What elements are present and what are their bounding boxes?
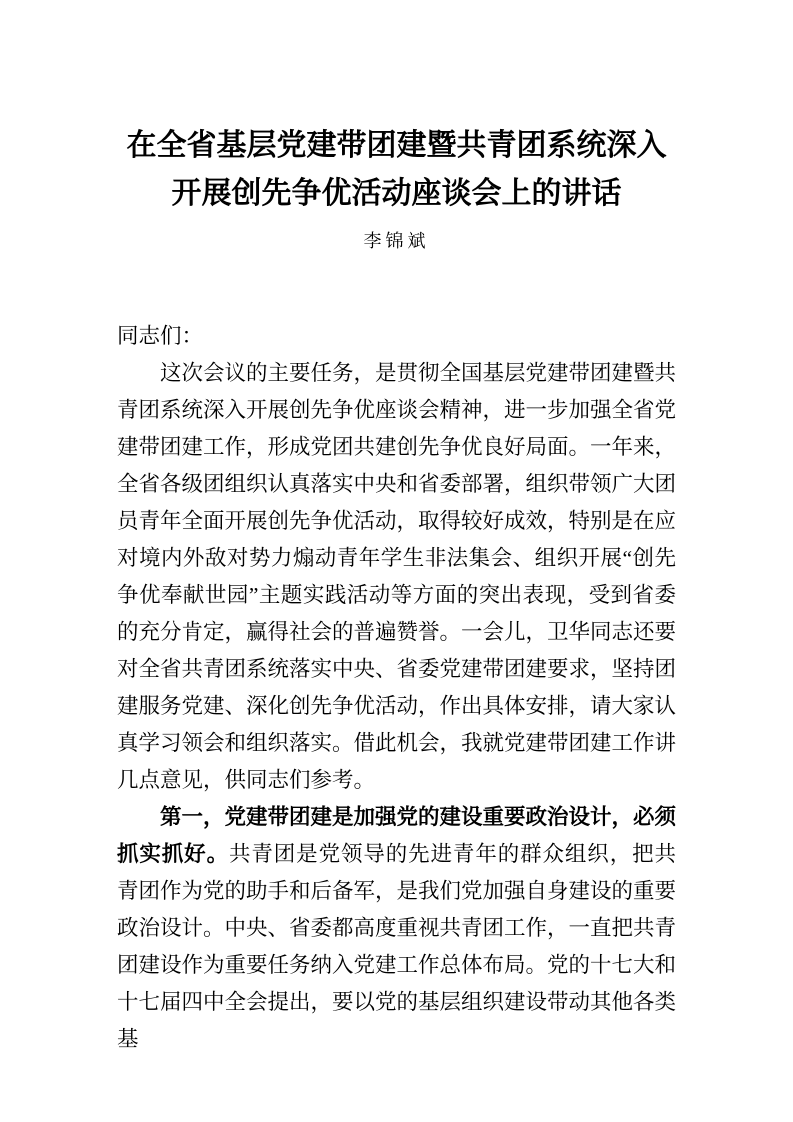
author-name: 李锦斌 bbox=[117, 226, 676, 256]
salutation: 同志们： bbox=[117, 318, 676, 355]
body-paragraph: 第一，党建带团建是加强党的建设重要政治设计，必须抓实抓好。共青团是党领导的先进青… bbox=[117, 799, 676, 1058]
paragraph-lead-bold: 第一，党建带团建是加强党的建设重要政治设计，必须抓实抓好。 bbox=[117, 805, 676, 866]
title-line-1: 在全省基层党建带团建暨共青团系统深入 bbox=[117, 122, 676, 170]
document-body: 同志们： 这次会议的主要任务，是贯彻全国基层党建带团建暨共青团系统深入开展创先争… bbox=[117, 318, 676, 1058]
title-line-2: 开展创先争优活动座谈会上的讲话 bbox=[117, 170, 676, 218]
document-page: 在全省基层党建带团建暨共青团系统深入 开展创先争优活动座谈会上的讲话 李锦斌 同… bbox=[0, 0, 793, 1122]
body-paragraph: 这次会议的主要任务，是贯彻全国基层党建带团建暨共青团系统深入开展创先争优座谈会精… bbox=[117, 355, 676, 799]
paragraph-container: 这次会议的主要任务，是贯彻全国基层党建带团建暨共青团系统深入开展创先争优座谈会精… bbox=[117, 355, 676, 1058]
document-title: 在全省基层党建带团建暨共青团系统深入 开展创先争优活动座谈会上的讲话 bbox=[117, 122, 676, 218]
